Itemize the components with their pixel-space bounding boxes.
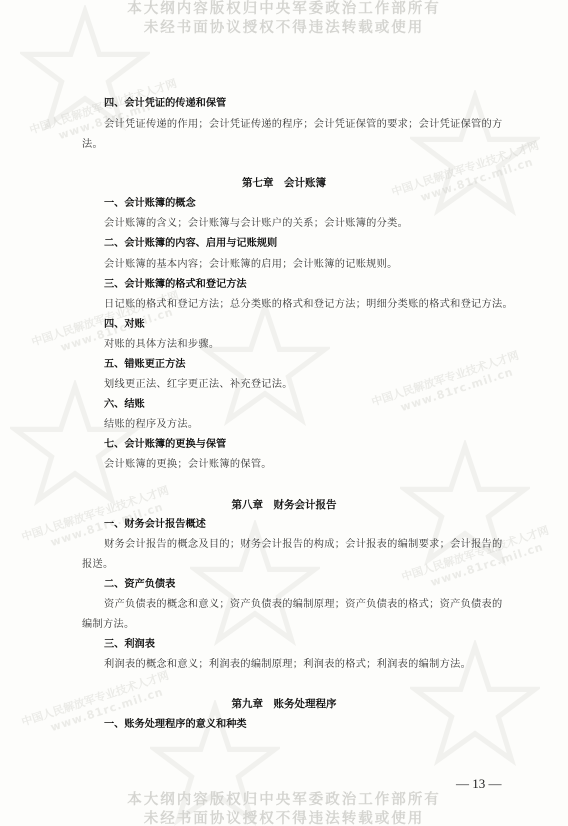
page-number: — 13 —: [456, 776, 502, 792]
section-heading: 二、会计账簿的内容、启用与记账规则: [104, 237, 277, 251]
section-body: 会计账簿的基本内容；会计账簿的启用；会计账簿的记账规则。: [104, 258, 398, 272]
copyright-watermark-header: 本大纲内容版权归中央军委政治工作部所有 未经书面协议授权不得违法转载或使用: [0, 0, 568, 38]
section-heading: 三、利润表: [104, 638, 155, 652]
section-heading: 一、账务处理程序的意义和种类: [104, 718, 247, 732]
section-body: 结账的程序及方法。: [104, 418, 198, 432]
section-heading: 一、财务会计报告概述: [104, 518, 206, 532]
star-watermark-icon: [200, 300, 330, 430]
watermark-line-1: 本大纲内容版权归中央军委政治工作部所有: [0, 791, 568, 810]
section-body: 利润表的概念和意义；利润表的编制原理；利润表的格式；利润表的编制方法。: [104, 658, 471, 672]
chapter-title-7: 第七章 会计账簿: [0, 176, 568, 190]
watermark-line-2: 未经书面协议授权不得违法转载或使用: [0, 810, 568, 826]
section-body: 划线更正法、红字更正法、补充登记法。: [104, 378, 293, 392]
section-body: 对账的具体方法和步骤。: [104, 338, 219, 352]
star-watermark-icon: [410, 90, 540, 220]
copyright-watermark-footer: 本大纲内容版权归中央军委政治工作部所有 未经书面协议授权不得违法转载或使用: [0, 791, 568, 826]
watermark-line-1: 本大纲内容版权归中央军委政治工作部所有: [0, 0, 568, 19]
section-body: 日记账的格式和登记方法；总分类账的格式和登记方法；明细分类账的格式和登记方法。: [104, 298, 513, 312]
section-heading: 四、会计凭证的传递和保管: [104, 97, 226, 111]
site-stamp-watermark: 中国人民解放军专业技术人才网www.81rc.mil.cn: [369, 347, 524, 422]
chapter-title-8: 第八章 财务会计报告: [0, 498, 568, 512]
section-body: 会计账簿的含义；会计账簿与会计账户的关系；会计账簿的分类。: [104, 217, 408, 231]
section-body: 资产负债表的概念和意义；资产负债表的编制原理；资产负债表的格式；资产负债表的: [104, 598, 503, 612]
section-heading: 七、会计账簿的更换与保管: [104, 438, 226, 452]
section-body: 财务会计报告的概念及目的；财务会计报告的构成；会计报表的编制要求；会计报告的: [104, 538, 503, 552]
section-heading: 六、结账: [104, 398, 145, 412]
section-heading: 四、对账: [104, 318, 145, 332]
section-body-continued: 编制方法。: [82, 618, 134, 632]
site-stamp-watermark: 中国人民解放军专业技术人才网www.81rc.mil.cn: [389, 137, 544, 212]
section-body: 会计凭证传递的作用；会计凭证传递的程序；会计凭证保管的要求；会计凭证保管的方: [104, 118, 503, 132]
section-heading: 五、错账更正方法: [104, 358, 186, 372]
section-body-continued: 报送。: [82, 558, 113, 572]
section-heading: 二、资产负债表: [104, 578, 175, 592]
site-stamp-watermark: 中国人民解放军专业技术人才网www.81rc.mil.cn: [399, 522, 554, 597]
site-stamp-watermark: 中国人民解放军专业技术人才网www.81rc.mil.cn: [27, 75, 182, 150]
section-heading: 一、会计账簿的概念: [104, 197, 196, 211]
section-body-continued: 法。: [82, 138, 103, 152]
watermark-line-2: 未经书面协议授权不得违法转载或使用: [0, 19, 568, 38]
section-heading: 三、会计账簿的格式和登记方法: [104, 278, 247, 292]
section-body: 会计账簿的更换；会计账簿的保管。: [104, 458, 272, 472]
chapter-title-9: 第九章 账务处理程序: [0, 697, 568, 711]
